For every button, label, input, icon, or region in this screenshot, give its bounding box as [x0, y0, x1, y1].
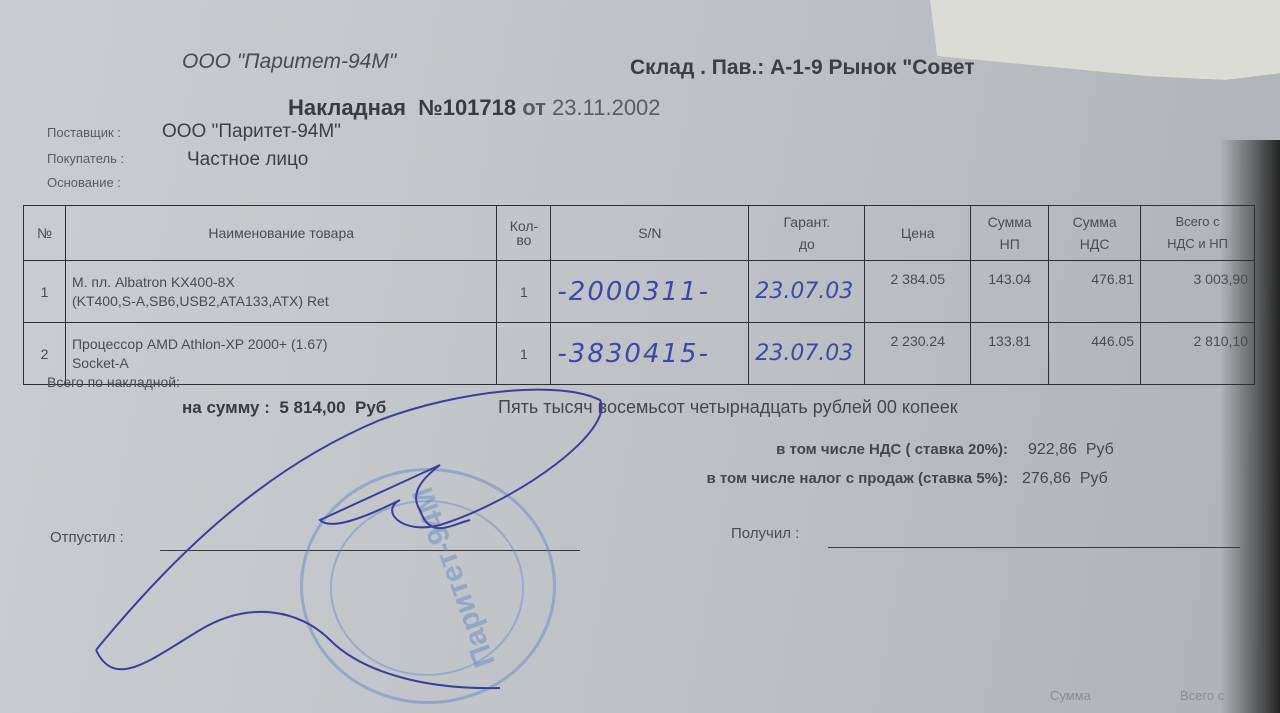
- ghost-footer-total: Всего с: [1180, 688, 1224, 703]
- ghost-footer-sum: Сумма: [1050, 688, 1091, 703]
- handwritten-signature: [0, 0, 1280, 713]
